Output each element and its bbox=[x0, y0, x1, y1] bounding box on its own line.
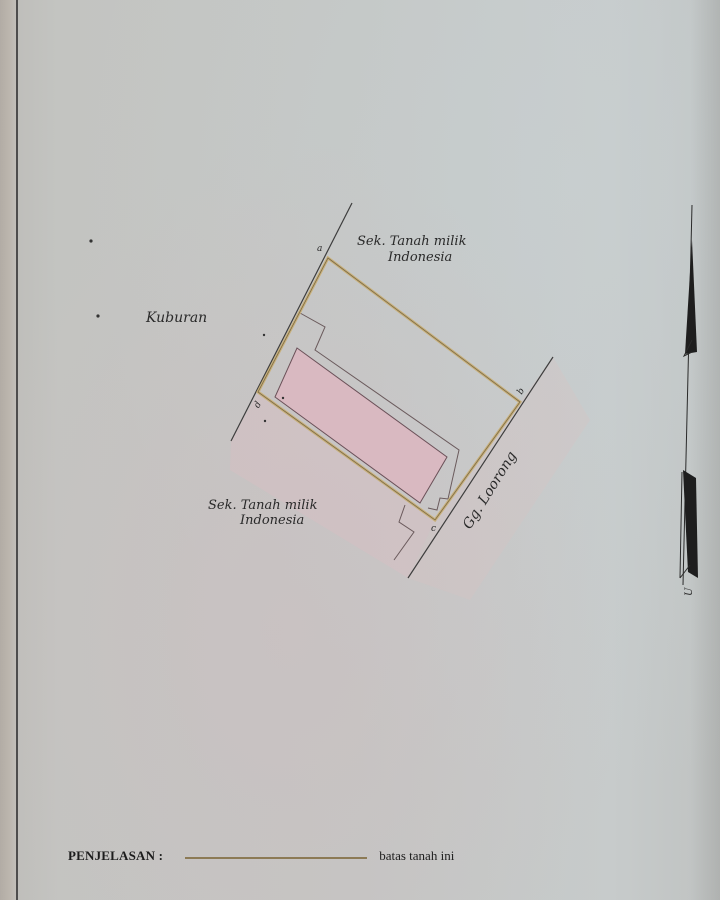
map-dot bbox=[89, 239, 92, 242]
corner-label-c: c bbox=[431, 524, 436, 534]
south-neighbor-label-line2: Indonesia bbox=[239, 513, 304, 528]
north-neighbor-label-line1: Sek. Tanah milik bbox=[357, 234, 467, 249]
map-dot bbox=[282, 397, 284, 399]
boundary-line-swatch bbox=[185, 857, 367, 859]
map-dot bbox=[264, 420, 266, 422]
legend-boundary-description: batas tanah ini bbox=[379, 848, 454, 864]
north-arrow-label: U bbox=[684, 587, 695, 596]
north-neighbor-label-line2: Indonesia bbox=[387, 250, 452, 265]
west-neighbor-label: Kuburan bbox=[145, 310, 207, 326]
legend: PENJELASAN : batas tanah ini bbox=[68, 846, 454, 866]
map-dot bbox=[263, 334, 265, 336]
north-arrow-icon: U bbox=[680, 205, 698, 596]
south-neighbor-label-line1: Sek. Tanah milik bbox=[208, 498, 318, 513]
legend-title: PENJELASAN : bbox=[68, 848, 163, 864]
corner-label-a: a bbox=[317, 244, 322, 254]
site-plan-drawing: a b c d Sek. Tanah milik Indonesia Kubur… bbox=[0, 0, 720, 900]
map-dot bbox=[96, 314, 99, 317]
